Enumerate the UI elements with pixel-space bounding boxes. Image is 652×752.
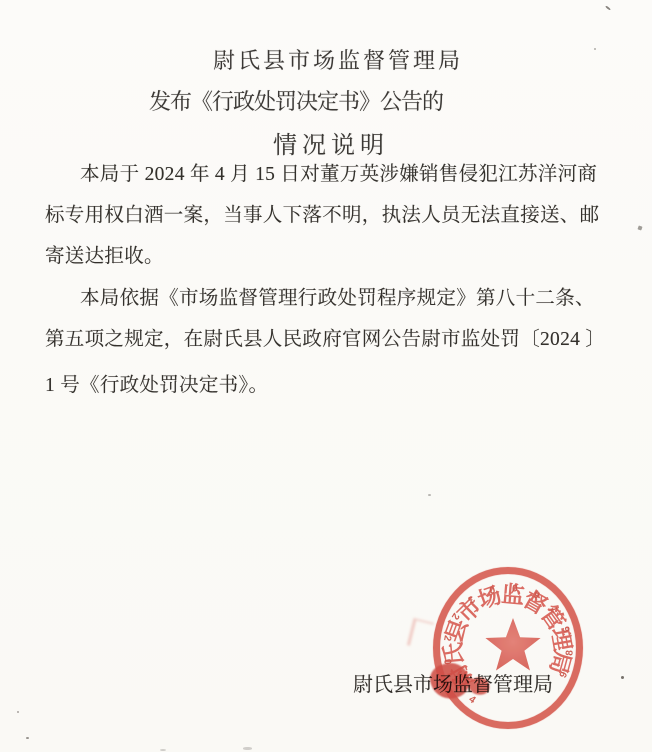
seal-digit: 0 [441,658,453,666]
seal-ring [433,567,583,729]
paragraph-line: 第五项之规定，在尉氏县人民政府官网公告尉市监处罚〔2024 〕 [45,319,605,360]
paragraph-legal-basis: 本局依据《市场监督管理行政处罚程序规定》第八十二条、 第五项之规定，在尉氏县人民… [45,278,605,406]
seal-digit: 9 [558,670,570,680]
star-icon [483,617,543,675]
seal-digit: 0 [488,583,496,595]
seal-char: 场 [472,577,505,616]
signature-agency-name: 尉氏县市场监督管理局 [353,668,553,697]
scan-speck [428,494,431,496]
scan-speck [621,676,624,679]
official-seal: 尉氏县市场监督管理局 4102230067689 [423,562,593,738]
seal-digit: 2 [449,611,461,622]
paragraph-line: 本局于 2024 年 4 月 15 日对董万英涉嫌销售侵犯江苏洋河商 [45,154,605,195]
seal-char: 市 [449,590,489,630]
seal-digit: 6 [561,625,573,634]
seal-char: 督 [518,580,554,620]
scan-speck [17,711,19,713]
seal-digit: 7 [549,603,561,614]
scan-speck [26,737,29,739]
paragraph-line: 本局依据《市场监督管理行政处罚程序规定》第八十二条、 [45,278,605,319]
seal-stray-mark [407,618,434,650]
seal-char: 理 [545,625,581,653]
paragraph-case-description: 本局于 2024 年 4 月 15 日对董万英涉嫌销售侵犯江苏洋河商 标专用权白… [45,154,605,277]
seal-digit: 3 [465,593,476,605]
seal-char: 监 [500,576,526,611]
seal-digit: 2 [441,635,453,642]
paragraph-line: 标专用权白酒一案，当事人下落不明，执法人员无法直接送、邮 [45,195,605,236]
seal-char: 县 [436,613,475,646]
seal-code: 4102230067689 [423,562,593,738]
scan-speck [637,225,642,230]
title-line-agency: 尉氏县市场监督管理局 [12,44,652,75]
scan-speck [160,749,166,751]
seal-char: 管 [534,598,574,636]
seal-ring-text: 尉氏县市场监督管理局 [423,562,593,738]
paragraph-line: 1 号《行政处罚决定书》。 [45,365,605,406]
scan-speck [594,48,596,50]
paragraph-line: 寄送达拒收。 [45,236,605,277]
seal-digit: 0 [512,582,519,594]
scanned-document-page: 尉氏县市场监督管理局 发布《行政处罚决定书》公告的 情况说明 本局于 2024 … [0,0,652,752]
scan-speck [243,747,252,750]
seal-char: 氏 [435,641,470,667]
scan-speck [605,5,611,10]
seal-digit: 6 [532,588,542,600]
seal-digit: 8 [564,649,575,655]
title-line-subject: 发布《行政处罚决定书》公告的 [0,85,622,116]
